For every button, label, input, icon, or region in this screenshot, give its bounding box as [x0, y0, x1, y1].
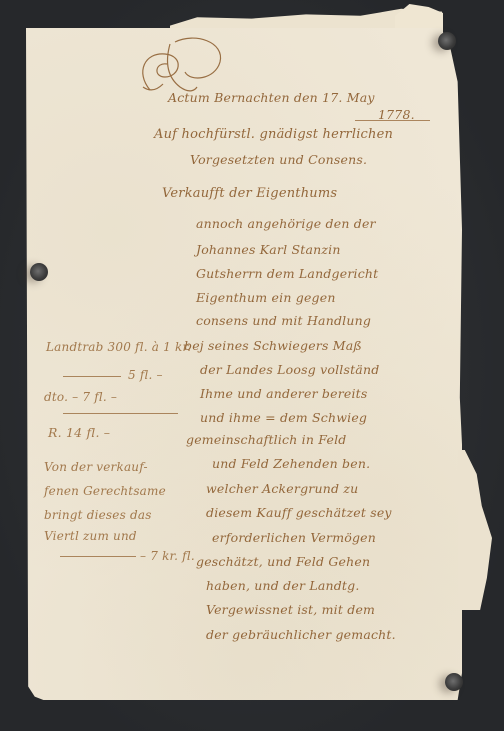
body-line: bej seines Schwiegers Maß: [184, 338, 362, 353]
body-line: Ihme und anderer bereits: [200, 386, 368, 401]
body-line: und Feld Zehenden ben.: [212, 456, 370, 471]
heading-line: Actum Bernachten den 17. May: [168, 90, 375, 105]
body-line: Verkaufft der Eigenthums: [162, 186, 337, 201]
body-line: haben, und der Landtg.: [206, 578, 360, 593]
margin-rule: [63, 413, 178, 414]
weight-pin-left: [30, 263, 48, 281]
margin-note: Viertl zum und: [44, 529, 137, 543]
margin-note: R. 14 fl. –: [48, 425, 110, 440]
weight-pin-top-right: [438, 32, 456, 50]
body-line: consens und mit Handlung: [196, 313, 371, 328]
body-line: Johannes Karl Stanzin: [196, 242, 341, 257]
weight-pin-bottom-right: [445, 673, 463, 691]
margin-note: bringt dieses das: [44, 508, 152, 522]
body-line: Vorgesetzten und Consens.: [190, 152, 367, 167]
year-underline: [355, 120, 430, 121]
body-line: Gutsherrn dem Landgericht: [196, 266, 378, 281]
margin-note: Von der verkauf-: [44, 460, 148, 474]
body-line: der Landes Loosg vollständ: [200, 362, 379, 377]
body-line: welcher Ackergrund zu: [206, 481, 358, 496]
body-line: diesem Kauff geschätzet sey: [206, 505, 392, 520]
body-line: Eigenthum ein gegen: [196, 290, 336, 305]
body-line: und ihme = dem Schwieg: [200, 410, 367, 425]
body-line: Auf hochfürstl. gnädigst herrlichen: [154, 127, 393, 142]
margin-note: dto. – 7 fl. –: [44, 390, 117, 404]
margin-note: – 7 kr. fl.: [140, 549, 195, 563]
margin-rule: [60, 556, 136, 557]
body-line: erforderlichen Vermögen: [212, 530, 376, 545]
margin-rule: [63, 376, 121, 377]
body-line: gemeinschaftlich in Feld: [186, 432, 347, 447]
body-line: Vergewissnet ist, mit dem: [206, 602, 375, 617]
margin-note: 5 fl. –: [128, 368, 163, 382]
body-line: geschätzt, und Feld Gehen: [196, 554, 370, 569]
body-line: der gebräuchlicher gemacht.: [206, 627, 396, 642]
body-line: annoch angehörige den der: [196, 216, 376, 231]
margin-note: Landtrab 300 fl. à 1 kr.: [46, 340, 191, 354]
margin-note: fenen Gerechtsame: [44, 484, 166, 498]
